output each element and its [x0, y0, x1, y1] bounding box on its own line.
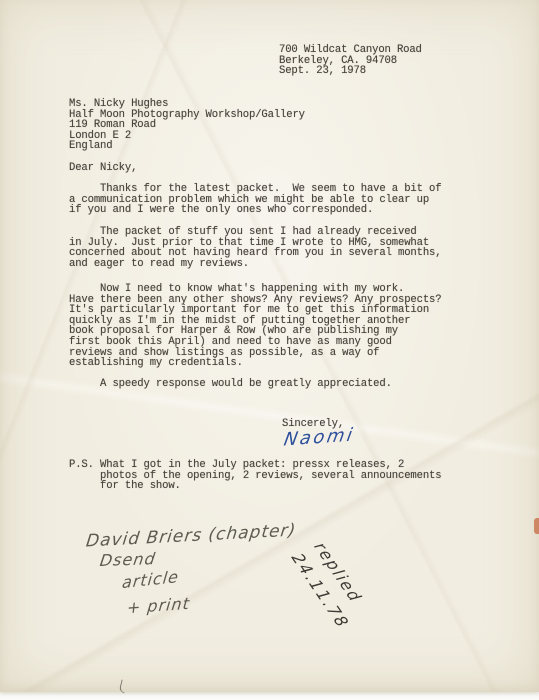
body-paragraph-4: A speedy response would be greatly appre…	[69, 379, 392, 390]
pencil-note-line-1: David Briers (chapter)	[85, 520, 297, 551]
body-paragraph-3: Now I need to know what's happening with…	[69, 284, 441, 369]
letter-paper: 700 Wildcat Canyon Road Berkeley, CA. 94…	[0, 0, 539, 692]
body-paragraph-2: The packet of stuff you sent I had alrea…	[69, 227, 441, 269]
recipient-address: Ms. Nicky Hughes Half Moon Photography W…	[69, 99, 305, 152]
pencil-note-line-3: article	[121, 567, 180, 592]
diagonal-replied-note: replied 24.11.78	[285, 538, 379, 632]
pencil-note-line-2: Dsend	[99, 549, 157, 570]
body-paragraph-1: Thanks for the latest packet. We seem to…	[69, 184, 441, 216]
postscript: P.S. What I got in the July packet: pres…	[69, 460, 441, 492]
orange-edge-stain	[534, 518, 539, 534]
handwritten-signature: Naomi	[282, 424, 356, 450]
stray-pencil-mark	[119, 679, 128, 693]
return-address: 700 Wildcat Canyon Road Berkeley, CA. 94…	[279, 45, 422, 77]
salutation: Dear Nicky,	[69, 163, 137, 174]
pencil-note-line-4: + print	[126, 594, 191, 618]
